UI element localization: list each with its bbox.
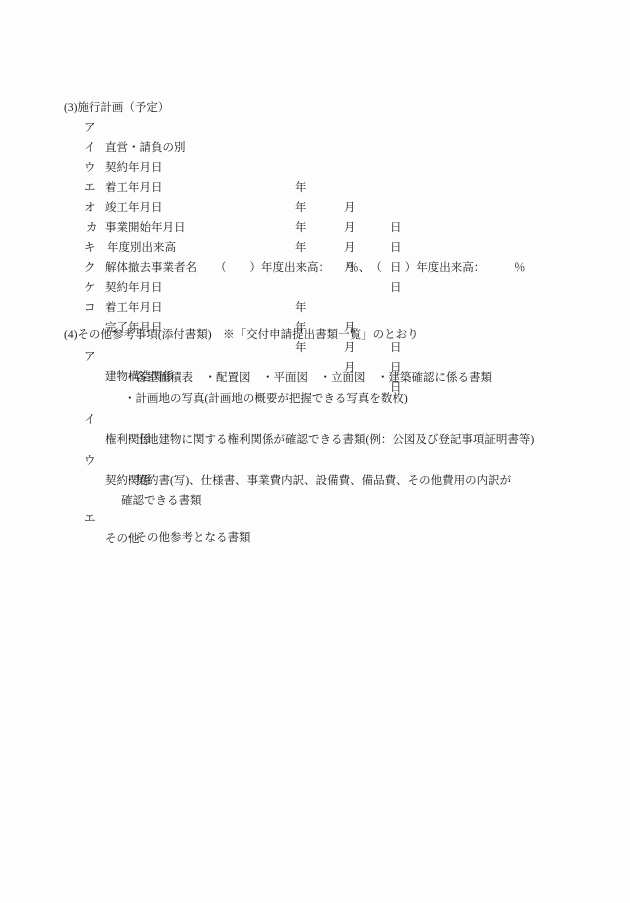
section4-group-tatemono: ア 建物構造関係 — [0, 327, 630, 347]
section3-item-nendo-dekidaka: カ 年度別出来高 （ ）年度出来高： ％、 （ ）年度出来高： ％ — [0, 198, 630, 218]
section4-group-sonota: エ その他 — [0, 489, 630, 509]
section3-item-chakko2-date: ケ 着工年月日 年 月 日 — [0, 258, 630, 278]
section3-item-chokuei: ア 直営・請負の別 — [0, 98, 630, 118]
section3-item-shunko-date: エ 竣工年月日 年 月 日 — [0, 158, 630, 178]
section4-bullet: ・その他参考となる書類 — [0, 508, 630, 528]
document-page: (3)施行計画（予定） ア 直営・請負の別 イ 契約年月日 年 月 日 ウ 着工… — [0, 0, 630, 903]
section4-bullet: ・土地建物に関する権利関係が確認できる書類(例：公図及び登記事項証明書等) — [0, 410, 630, 430]
section3-heading-row: (3)施行計画（予定） — [0, 78, 630, 98]
section3-item-jigyo-kaishi-date: オ 事業開始年月日 年 月 日 — [0, 178, 630, 198]
section3-item-keiyaku-date: イ 契約年月日 年 月 日 — [0, 118, 630, 138]
section4-bullet: ・契約書(写)、仕様書、事業費内訳、設備費、備品費、その他費用の内訳が — [0, 451, 630, 471]
bullet-text: ・その他参考となる書類 — [124, 528, 251, 548]
section3-item-kanryo-date: コ 完了年月日 年 月 日 — [0, 278, 630, 298]
section3-item-chakko-date: ウ 着工年月日 年 月 日 — [0, 138, 630, 158]
section4-bullet: ・各室面積表 ・配置図 ・平面図 ・立面図 ・建築確認に係る書類 — [0, 348, 630, 368]
section4-group-kenri: イ 権利関係 — [0, 390, 630, 410]
section4-group-keiyaku: ウ 契約関係 — [0, 431, 630, 451]
section4-bullet-continuation: 確認できる書類 — [0, 471, 630, 491]
section4-bullet: ・計画地の写真(計画地の概要が把握できる写真を数枚) — [0, 369, 630, 389]
section4-heading-row: (4)その他参考事項(添付書類) ※「交付申請提出書類一覧」のとおり — [0, 305, 630, 325]
section3-item-keiyaku2-date: ク 契約年月日 年 月 日 — [0, 238, 630, 258]
section3-item-kaitai-jigyosha: キ 解体撤去事業者名 — [0, 218, 630, 238]
